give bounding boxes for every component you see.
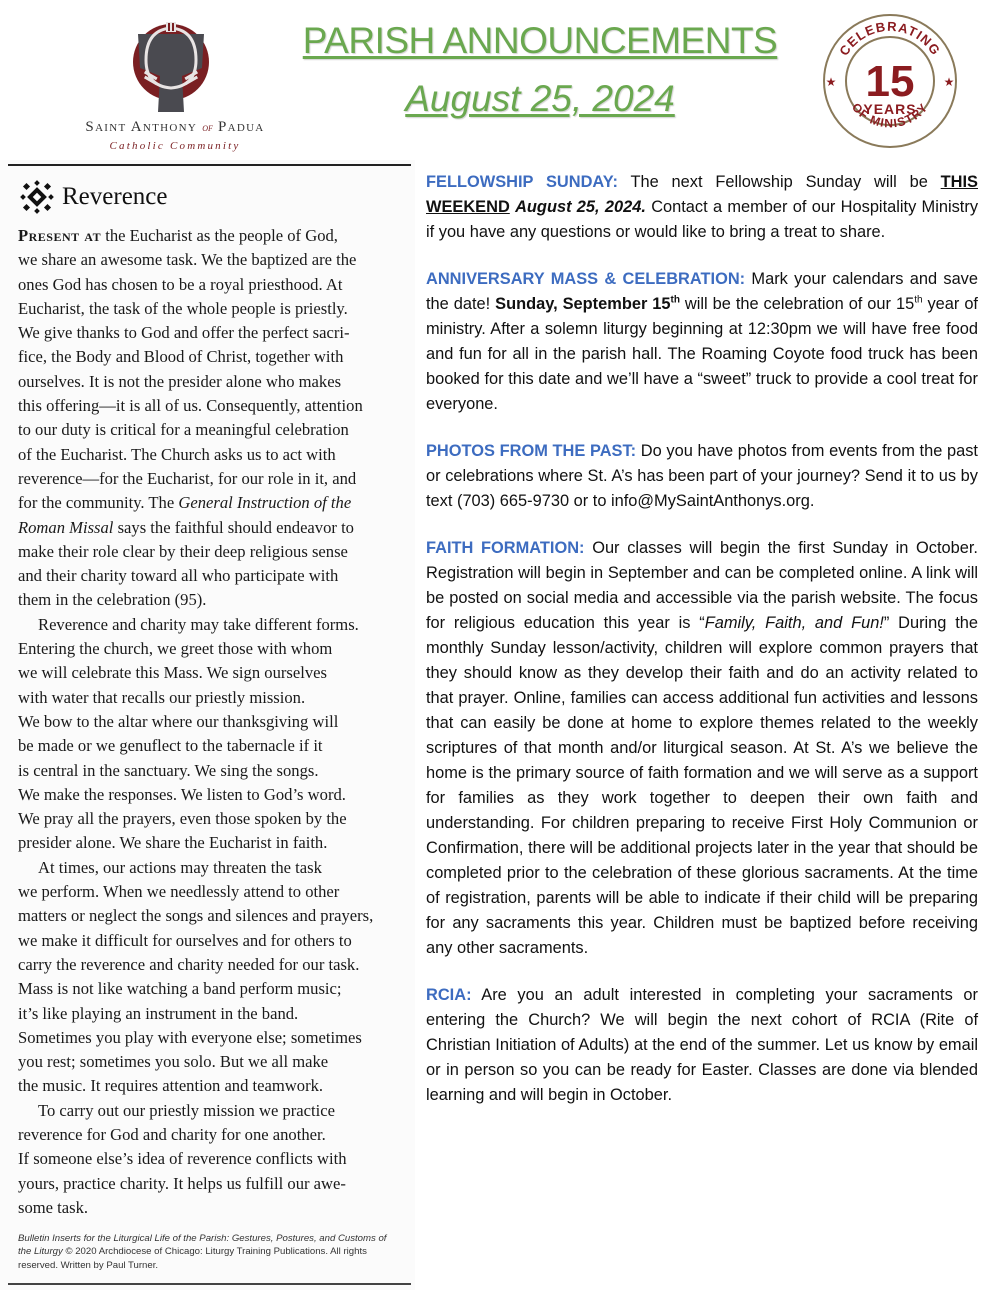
reverence-paragraph-2: Reverence and charity may take different…: [18, 613, 402, 856]
divider: [8, 164, 411, 166]
phone-number[interactable]: (703) 665-9730: [457, 492, 569, 510]
anniversary-badge-icon: CELEBRATING OF MINISTRY 15 YEARS ★ ★: [814, 10, 966, 152]
parish-name: Saint Anthony of Padua: [55, 119, 295, 136]
page-title: PARISH ANNOUNCEMENTS: [295, 18, 785, 64]
reverence-paragraph-4: To carry out our priestly mission we pra…: [18, 1099, 402, 1220]
email-link[interactable]: info@MySaintAnthonys.org: [611, 492, 810, 510]
announcement-fellowship-sunday: FELLOWSHIP SUNDAY: The next Fellowship S…: [426, 170, 978, 245]
announcement-faith-formation: FAITH FORMATION: Our classes will begin …: [426, 536, 978, 961]
announcement-rcia: RCIA: Are you an adult interested in com…: [426, 983, 978, 1108]
announcement-anniversary-mass: ANNIVERSARY MASS & CELEBRATION: Mark you…: [426, 267, 978, 417]
page-date: August 25, 2024: [295, 76, 785, 122]
announcement-photos-from-past: PHOTOS FROM THE PAST: Do you have photos…: [426, 439, 978, 514]
announcements-column: FELLOWSHIP SUNDAY: The next Fellowship S…: [426, 170, 978, 1130]
reverence-title: Reverence: [62, 183, 167, 211]
svg-text:YEARS: YEARS: [863, 101, 916, 117]
tau-cross-emblem-icon: [132, 16, 210, 114]
reverence-heading: Reverence: [20, 180, 167, 214]
svg-text:★: ★: [944, 75, 955, 89]
svg-text:★: ★: [826, 75, 837, 89]
reverence-paragraph-1: Present at the Eucharist as the people o…: [18, 224, 402, 613]
svg-text:CELEBRATING: CELEBRATING: [836, 19, 943, 58]
reverence-credit: Bulletin Inserts for the Liturgical Life…: [18, 1232, 402, 1272]
svg-text:15: 15: [866, 57, 915, 106]
page-title-block: PARISH ANNOUNCEMENTS August 25, 2024: [295, 18, 785, 122]
parish-logo: Saint Anthony of Padua Catholic Communit…: [55, 10, 295, 150]
divider: [8, 1283, 411, 1285]
parish-subtitle: Catholic Community: [55, 140, 295, 152]
reverence-paragraph-3: At times, our actions may threaten the t…: [18, 856, 402, 1099]
reverence-body: Present at the Eucharist as the people o…: [18, 224, 402, 1220]
ornament-diamond-icon: [20, 180, 54, 214]
